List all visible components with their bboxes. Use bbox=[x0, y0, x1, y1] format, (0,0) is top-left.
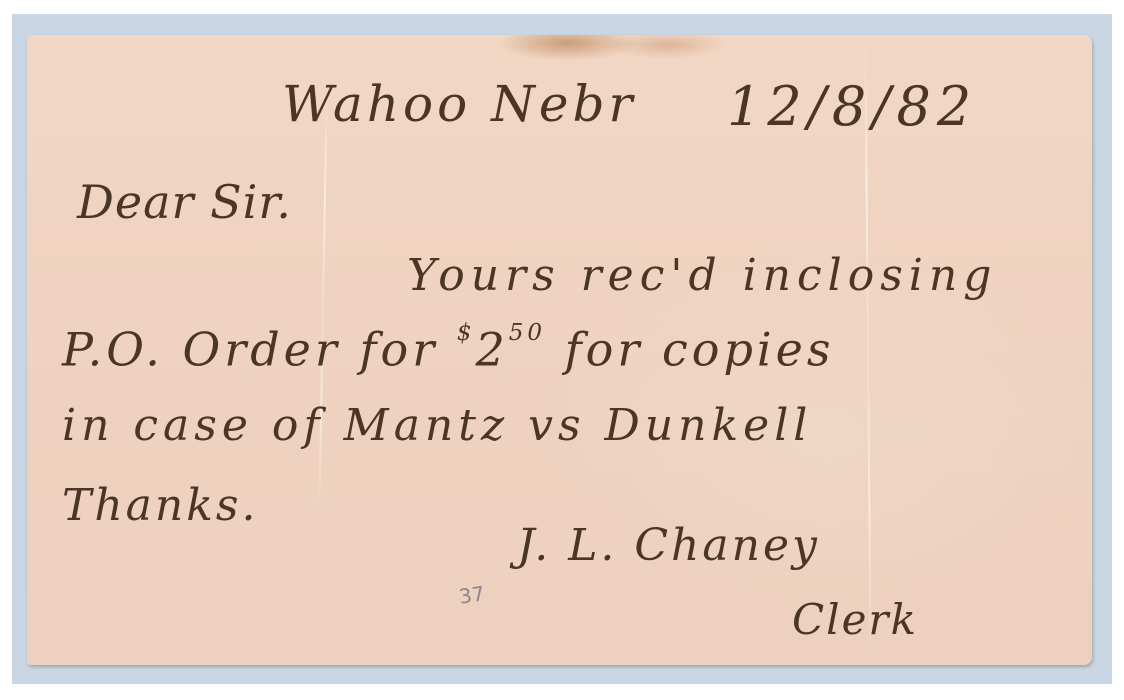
letter-line: in case of Mantz vs Dunkell bbox=[62, 400, 812, 451]
payment-dollars: 2 bbox=[475, 322, 508, 376]
letter-salutation: Dear Sir. bbox=[77, 175, 292, 229]
letter-line: Yours rec'd inclosing bbox=[407, 250, 997, 301]
letter-place: Wahoo Nebr bbox=[282, 75, 636, 133]
letter-closing: Thanks. bbox=[62, 480, 258, 531]
payment-text: P.O. Order for bbox=[62, 322, 457, 376]
pencil-note: 37 bbox=[457, 581, 486, 608]
signature: J. L. Chaney bbox=[517, 520, 820, 571]
payment-cents: 50 bbox=[509, 320, 546, 346]
payment-purpose: for copies bbox=[546, 322, 834, 376]
card-crease bbox=[318, 95, 327, 515]
dollar-sign: $ bbox=[457, 320, 476, 346]
signature-title: Clerk bbox=[792, 595, 918, 644]
letter-line-payment: P.O. Order for $250 for copies bbox=[62, 320, 834, 376]
postcard: Wahoo Nebr 12/8/82 Dear Sir. Yours rec'd… bbox=[27, 35, 1092, 665]
letter-date: 12/8/82 bbox=[727, 75, 977, 138]
